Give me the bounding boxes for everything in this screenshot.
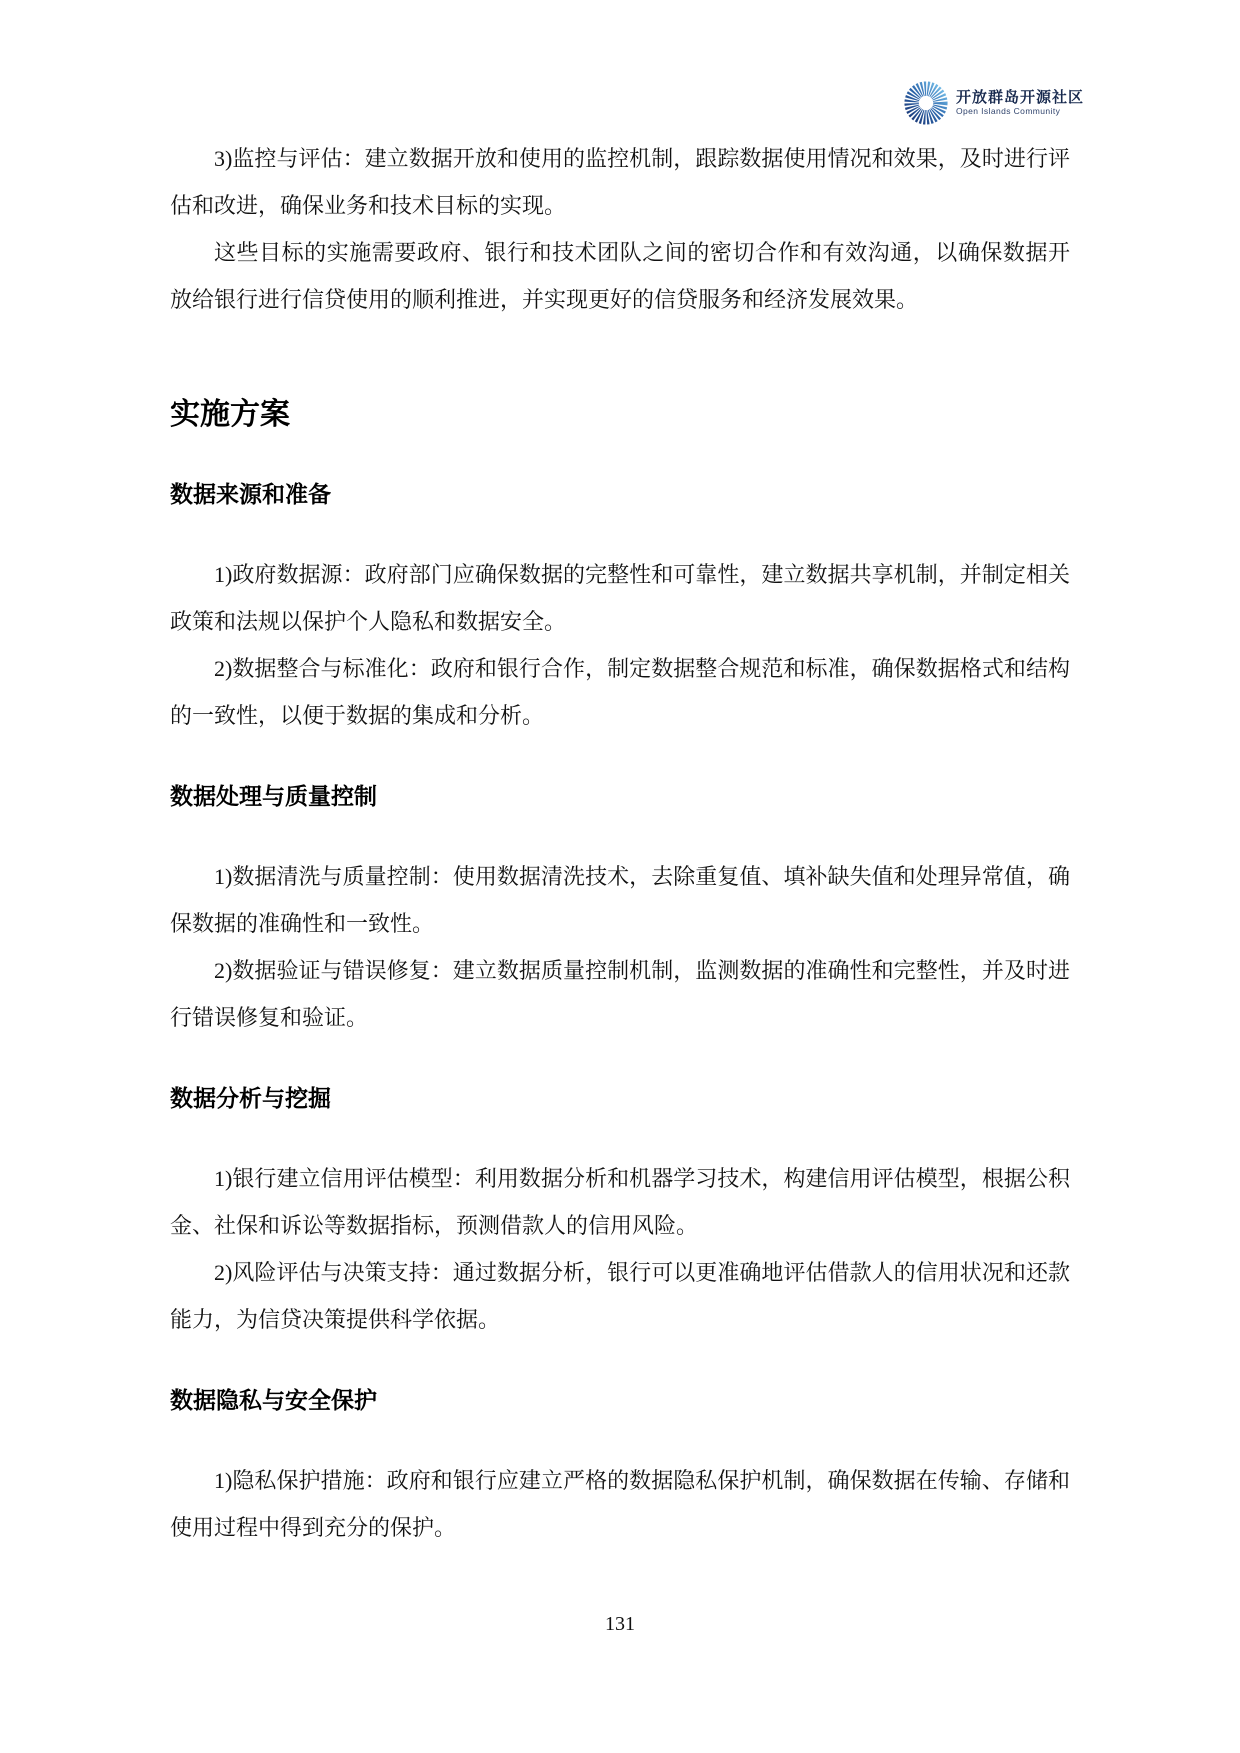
logo-subtitle: Open Islands Community xyxy=(956,107,1084,117)
paragraph-credit-model: 1)银行建立信用评估模型：利用数据分析和机器学习技术，构建信用评估模型，根据公积… xyxy=(170,1155,1070,1249)
paragraph-data-integration: 2)数据整合与标准化：政府和银行合作，制定数据整合规范和标准，确保数据格式和结构… xyxy=(170,645,1070,739)
paragraph-data-validation: 2)数据验证与错误修复：建立数据质量控制机制，监测数据的准确性和完整性，并及时进… xyxy=(170,947,1070,1041)
heading-data-privacy-security: 数据隐私与安全保护 xyxy=(170,1384,1070,1416)
paragraph-monitoring-evaluation: 3)监控与评估：建立数据开放和使用的监控机制，跟踪数据使用情况和效果，及时进行评… xyxy=(170,135,1070,229)
heading-data-analysis-mining: 数据分析与挖掘 xyxy=(170,1082,1070,1114)
page-footer: 131 xyxy=(0,1613,1240,1636)
page-number: 131 xyxy=(605,1613,635,1635)
paragraph-government-data-source: 1)政府数据源：政府部门应确保数据的完整性和可靠性，建立数据共享机制，并制定相关… xyxy=(170,551,1070,645)
document-body: 3)监控与评估：建立数据开放和使用的监控机制，跟踪数据使用情况和效果，及时进行评… xyxy=(170,135,1070,1551)
sunburst-icon xyxy=(903,80,949,126)
paragraph-risk-assessment: 2)风险评估与决策支持：通过数据分析，银行可以更准确地评估借款人的信用状况和还款… xyxy=(170,1249,1070,1343)
heading-implementation-plan: 实施方案 xyxy=(170,393,1070,437)
paragraph-data-cleaning: 1)数据清洗与质量控制：使用数据清洗技术，去除重复值、填补缺失值和处理异常值，确… xyxy=(170,853,1070,947)
paragraph-goal-cooperation: 这些目标的实施需要政府、银行和技术团队之间的密切合作和有效沟通，以确保数据开放给… xyxy=(170,229,1070,323)
paragraph-privacy-protection: 1)隐私保护措施：政府和银行应建立严格的数据隐私保护机制，确保数据在传输、存储和… xyxy=(170,1457,1070,1551)
heading-data-processing-quality: 数据处理与质量控制 xyxy=(170,780,1070,812)
logo-text: 开放群岛开源社区 Open Islands Community xyxy=(956,89,1084,116)
heading-data-source-preparation: 数据来源和准备 xyxy=(170,478,1070,510)
logo: 开放群岛开源社区 Open Islands Community xyxy=(903,80,1084,126)
logo-title: 开放群岛开源社区 xyxy=(956,89,1084,106)
document-page: 开放群岛开源社区 Open Islands Community 3)监控与评估：… xyxy=(0,0,1240,1753)
